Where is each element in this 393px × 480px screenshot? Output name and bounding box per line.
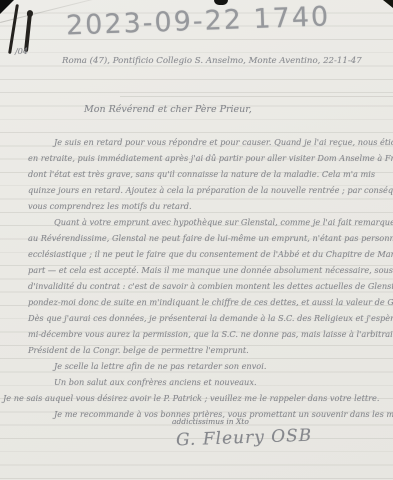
letter-line: ecclésiastique ; il ne peut le faire que… [28, 246, 384, 262]
letter-line: Un bon salut aux confrères anciens et no… [28, 374, 384, 390]
letter-line: en retraite, puis immédiatement après j'… [28, 150, 384, 166]
letter-line: mi-décembre vous aurez la permission, qu… [28, 326, 384, 342]
letter-line: Je ne sais auquel vous désirez avoir le … [3, 390, 384, 406]
letter-line: part — et cela est accepté. Mais il me m… [28, 262, 384, 278]
letter-salutation: Mon Révérend et cher Père Prieur, [84, 104, 252, 115]
letter-body: Je suis en retard pour vous répondre et … [28, 134, 384, 422]
letter-line: Président de la Congr. belge de permettr… [28, 342, 384, 358]
letter-line: vous comprendrez les motifs du retard. [28, 198, 384, 214]
letter-line: quinze jours en retard. Ajoutez à cela l… [28, 182, 384, 198]
folio-number: /04 [15, 47, 28, 56]
letter-line: pondez-moi donc de suite en m'indiquant … [28, 294, 384, 310]
letter-scan-paper: /04 2023-09-22 1740 Roma (47), Pontifici… [0, 0, 393, 480]
scan-corner-shadow [383, 0, 393, 8]
signature: G. Fleury OSB [176, 426, 313, 451]
scan-corner-shadow [0, 0, 14, 14]
letter-line: Je suis en retard pour vous répondre et … [28, 134, 384, 150]
letter-line: d'invalidité du contrat : c'est de savoi… [28, 278, 384, 294]
paper-crease [120, 96, 393, 97]
letter-line: Je scelle la lettre afin de ne pas retar… [28, 358, 384, 374]
letter-line: dont l'état est très grave, sans qu'il c… [28, 166, 384, 182]
letter-line: au Révérendissime, Glenstal ne peut fair… [28, 230, 384, 246]
letter-line: Quant à votre emprunt avec hypothèque su… [28, 214, 384, 230]
letter-closing: addictissimus in Xto [172, 417, 249, 426]
scan-date-stamp: 2023-09-22 1740 [66, 1, 327, 41]
letter-heading: Roma (47), Pontificio Collegio S. Anselm… [62, 56, 362, 66]
letter-line: Dès que j'aurai ces données, je présente… [28, 310, 384, 326]
